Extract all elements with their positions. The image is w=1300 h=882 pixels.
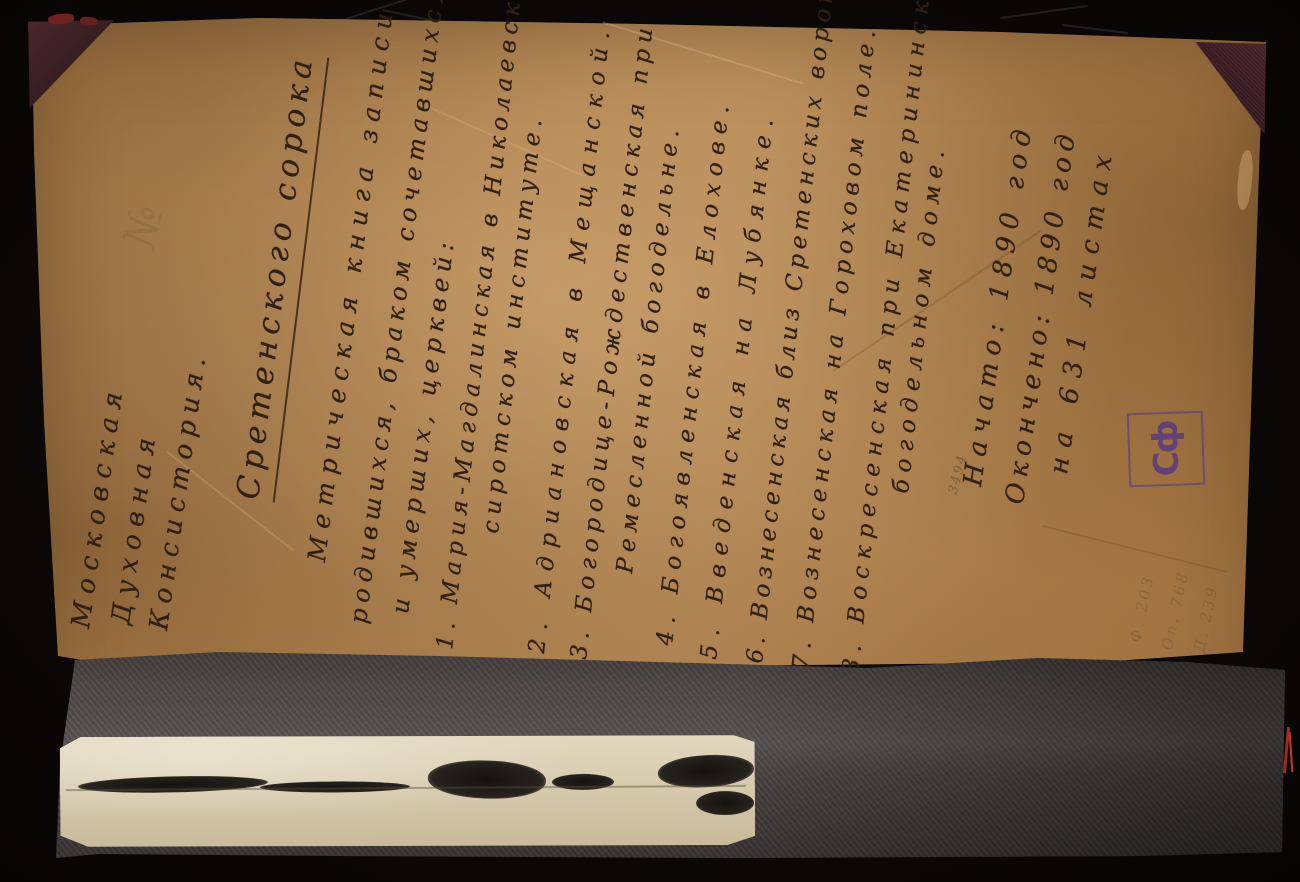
- spine-label: [60, 733, 756, 849]
- label-tear: [260, 781, 410, 793]
- label-tear: [427, 759, 546, 800]
- archive-stamp-letters: Сф: [1145, 421, 1187, 477]
- label-tear: [696, 791, 754, 815]
- label-tear: [552, 774, 614, 790]
- archive-stamp: Сф: [1127, 411, 1206, 488]
- label-tear: [657, 752, 755, 790]
- archival-scan: № Московская Духовная Консистория. Срете…: [0, 0, 1300, 882]
- scanner-scratch: [1062, 24, 1128, 34]
- label-tear: [78, 774, 268, 794]
- red-thread: [1289, 732, 1294, 772]
- scanner-scratch: [1000, 5, 1087, 19]
